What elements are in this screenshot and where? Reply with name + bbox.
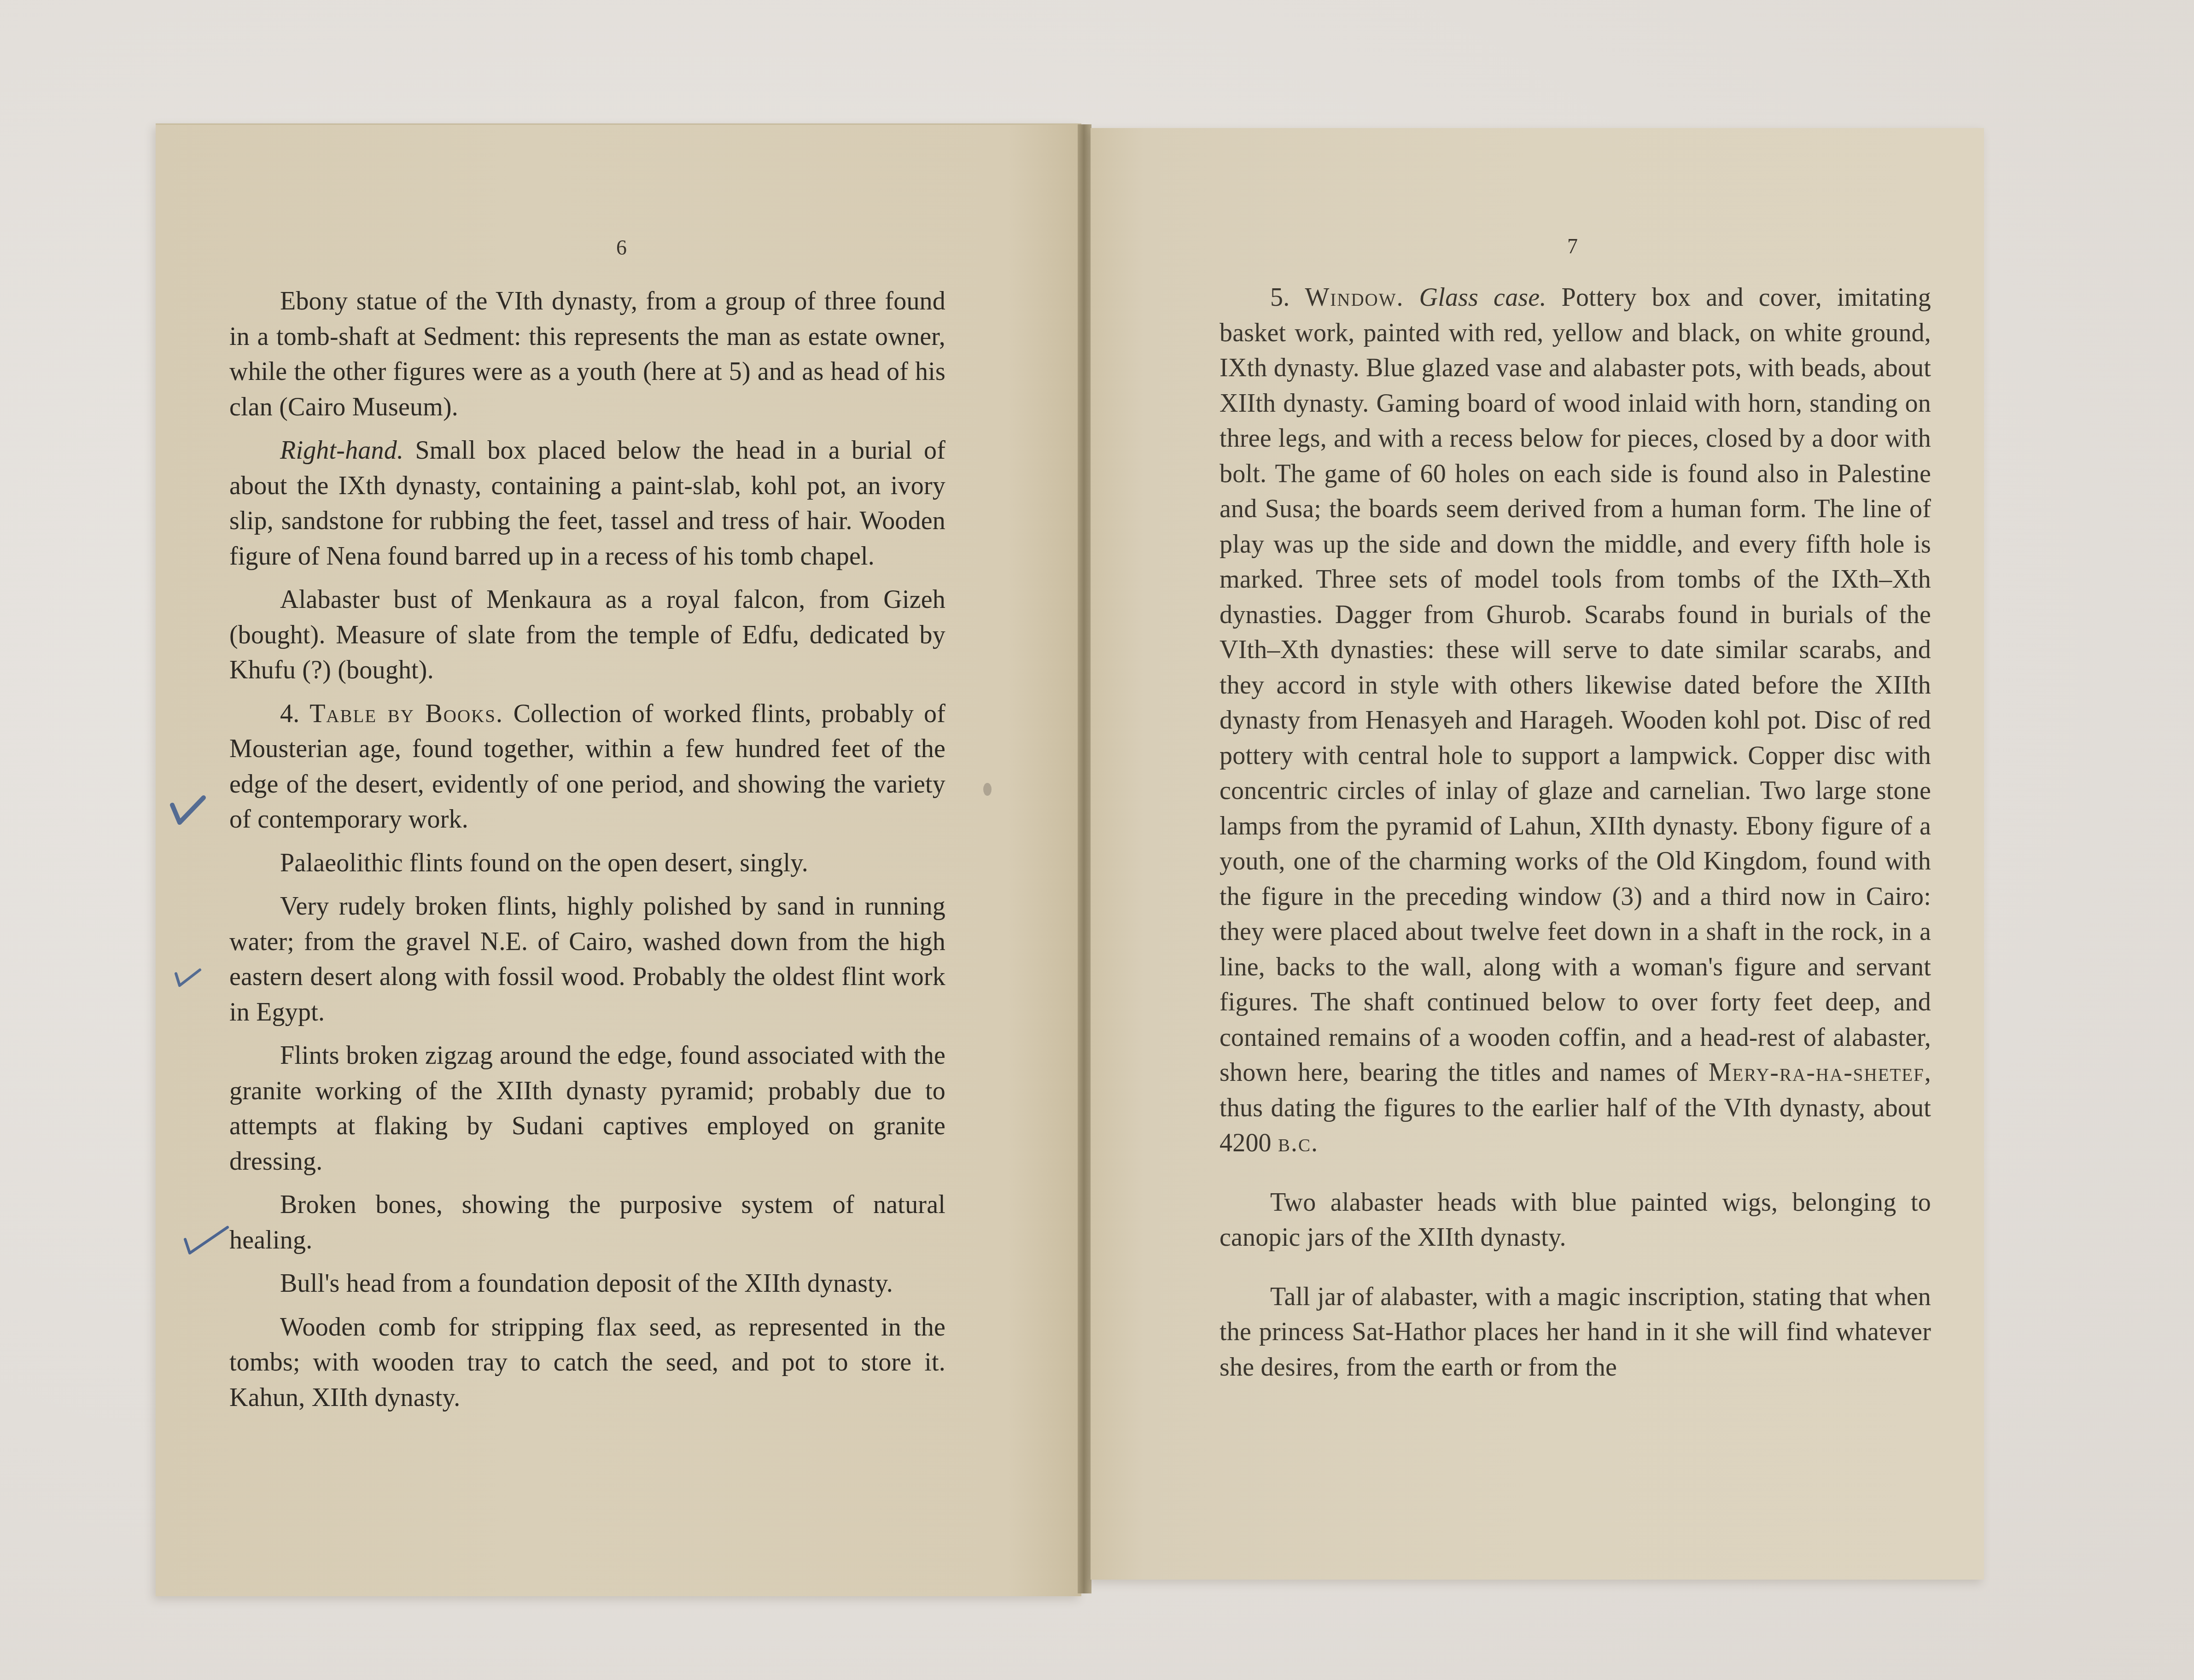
paragraph-text: Bull's head from a foundation deposit of…: [280, 1269, 893, 1298]
section-label-italic: Glass case.: [1419, 283, 1546, 312]
right-page: 7 5. Window. Glass case. Pottery box and…: [1091, 128, 1984, 1580]
section-heading: Table by Books.: [309, 700, 503, 728]
paragraph-text: Tall jar of alabaster, with a magic insc…: [1220, 1283, 1931, 1382]
paragraph-right-hand: Right-hand. Small box placed below the h…: [229, 433, 945, 574]
paragraph-text: Two alabaster heads with blue painted wi…: [1220, 1188, 1931, 1252]
paragraph-text: Very rudely broken flints, highly polish…: [229, 892, 945, 1027]
paragraph-palaeolithic-flints: Palaeolithic flints found on the open de…: [229, 846, 945, 881]
paragraph-text: Palaeolithic flints found on the open de…: [280, 849, 808, 877]
section-number: 4.: [280, 700, 309, 728]
spacer: [1404, 283, 1419, 312]
paragraph-window: 5. Window. Glass case. Pottery box and c…: [1220, 280, 1931, 1161]
paragraph-rudely-broken-flints: Very rudely broken flints, highly polish…: [229, 889, 945, 1030]
era-abbreviation: b.c.: [1278, 1129, 1319, 1157]
section-heading: Window.: [1305, 283, 1404, 312]
book-gutter: [1078, 124, 1091, 1593]
pencil-checkmark-icon: [183, 1225, 229, 1258]
paragraph-wooden-comb: Wooden comb for stripping flax seed, as …: [229, 1310, 945, 1416]
paragraph-zigzag-flints: Flints broken zigzag around the edge, fo…: [229, 1038, 945, 1179]
section-label-italic: Right-hand.: [280, 436, 403, 465]
paragraph-ebony-statue: Ebony statue of the VIth dynasty, from a…: [229, 284, 945, 425]
right-page-body: 5. Window. Glass case. Pottery box and c…: [1220, 280, 1931, 1393]
section-number: 5.: [1270, 283, 1305, 312]
paragraph-tall-jar: Tall jar of alabaster, with a magic insc…: [1220, 1279, 1931, 1385]
pencil-checkmark-icon: [169, 795, 206, 827]
paragraph-text: Pottery box and cover, imitating basket …: [1220, 283, 1931, 1087]
left-page: 6 Ebony statue of the VIth dynasty, from…: [156, 123, 1081, 1596]
paragraph-bulls-head: Bull's head from a foundation deposit of…: [229, 1266, 945, 1301]
paragraph-text: Wooden comb for stripping flax seed, as …: [229, 1313, 945, 1412]
page-number-left: 6: [616, 235, 627, 260]
paragraph-text: Ebony statue of the VIth dynasty, from a…: [229, 287, 945, 421]
pencil-checkmark-icon: [174, 965, 202, 988]
paragraph-broken-bones: Broken bones, showing the purposive syst…: [229, 1187, 945, 1258]
paragraph-table-by-books: 4. Table by Books. Collection of worked …: [229, 696, 945, 837]
left-page-body: Ebony statue of the VIth dynasty, from a…: [229, 284, 945, 1423]
page-number-right: 7: [1567, 234, 1578, 258]
paper-blemish: [983, 783, 992, 796]
paragraph-text: Broken bones, showing the purposive syst…: [229, 1190, 945, 1254]
paragraph-alabaster-bust: Alabaster bust of Menkaura as a royal fa…: [229, 582, 945, 688]
proper-name-smallcaps: Mery-ra-ha-shetef: [1709, 1058, 1925, 1087]
paragraph-alabaster-heads: Two alabaster heads with blue painted wi…: [1220, 1185, 1931, 1255]
paragraph-text: Flints broken zigzag around the edge, fo…: [229, 1041, 945, 1176]
paragraph-text: Alabaster bust of Menkaura as a royal fa…: [229, 585, 945, 684]
